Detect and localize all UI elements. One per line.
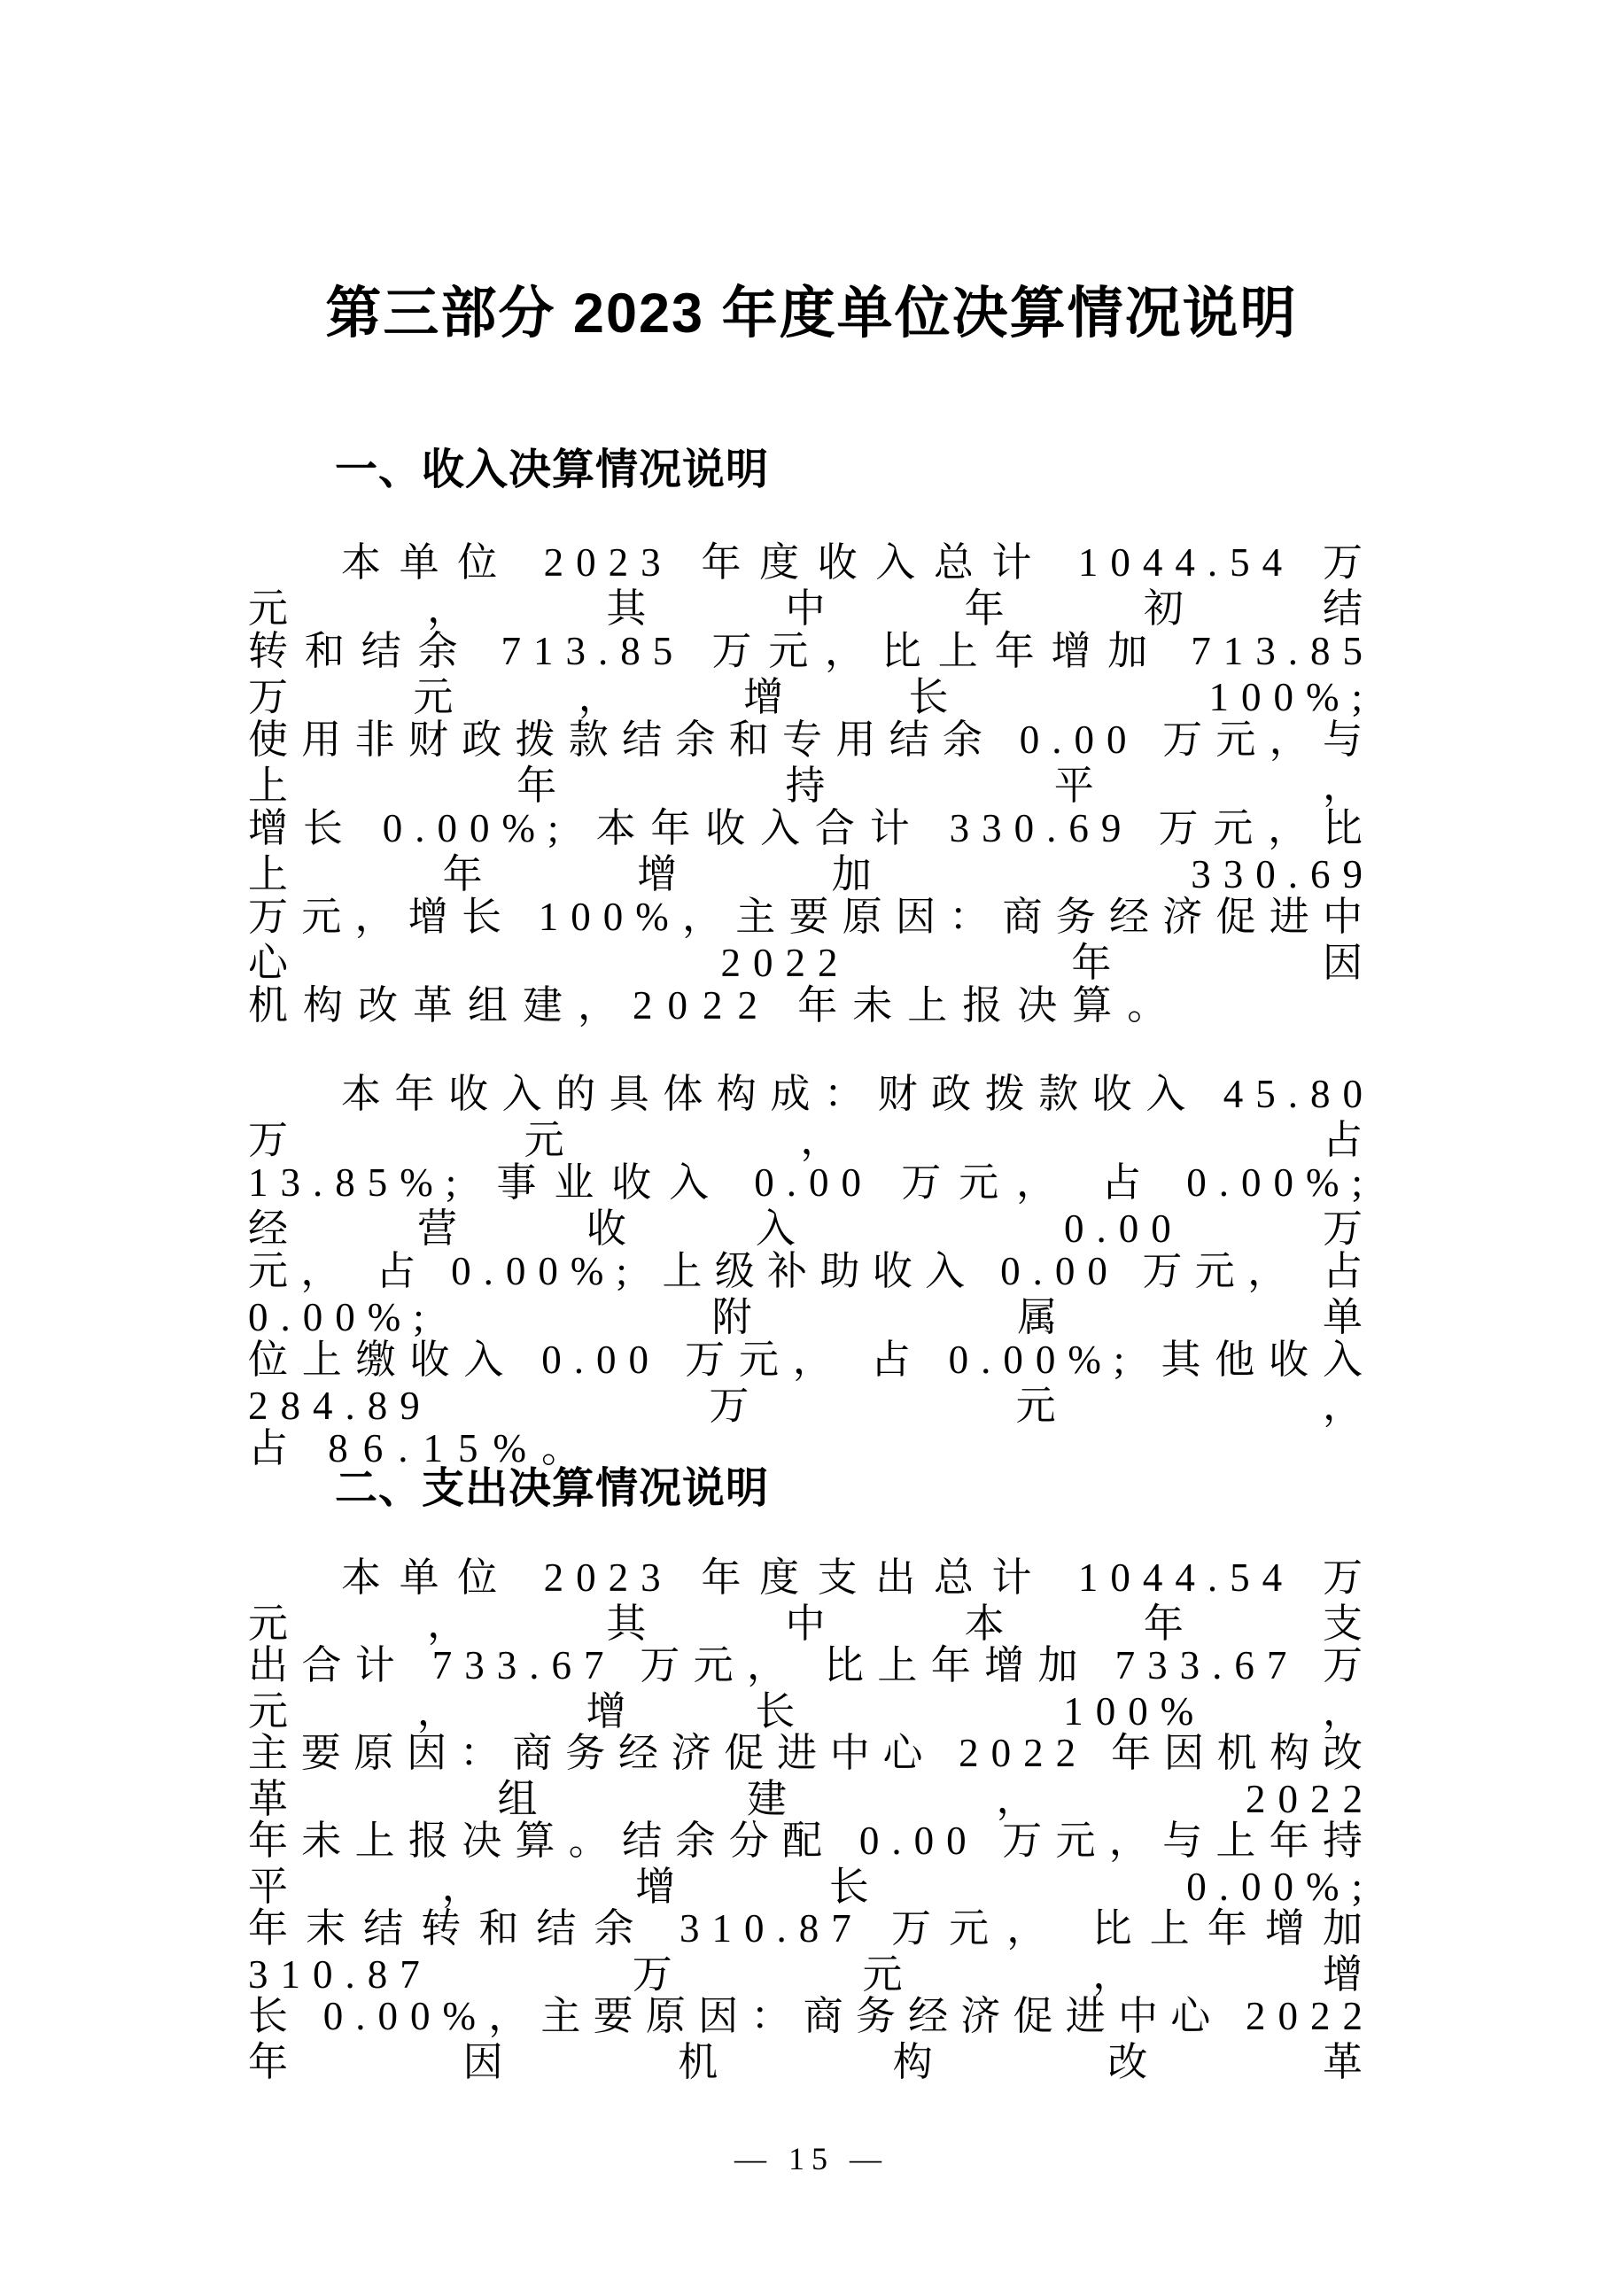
body-line: 使用非财政拨款结余和专用结余 0.00 万元，与上年持平， (248, 717, 1375, 810)
body-line: 主要原因：商务经济促进中心 2022 年因机构改革组建，2022 (248, 1731, 1375, 1823)
body-line: 年未上报决算。结余分配 0.00 万元，与上年持平，增长 0.00%; (248, 1819, 1375, 1911)
section-heading-expenditure: 二、支出决算情况说明 (335, 1466, 769, 1513)
body-line: 元， 占 0.00%; 上级补助收入 0.00 万元， 占 0.00%; 附属单 (248, 1249, 1375, 1341)
body-line: 长 0.00%，主要原因：商务经济促进中心 2022 年因机构改革 (248, 1994, 1375, 2086)
body-line: 增长 0.00%; 本年收入合计 330.69 万元，比上年增加 330.69 (248, 806, 1375, 898)
body-line: 本单位 2023 年度支出总计 1044.54 万元，其中本年支 (248, 1555, 1375, 1648)
body-line: 机构改革组建，2022 年未上报决算。 (248, 983, 1375, 1029)
body-line: 本年收入的具体构成：财政拨款收入 45.80 万元， 占 (248, 1072, 1375, 1164)
body-line: 万元，增长 100%，主要原因：商务经济促进中心 2022 年因 (248, 895, 1375, 987)
section-heading-income: 一、收入决算情况说明 (335, 447, 769, 494)
body-line: 出合计 733.67 万元， 比上年增加 733.67 万元，增长 100%， (248, 1643, 1375, 1735)
body-line: 年末结转和结余 310.87 万元， 比上年增加 310.87 万元，增 (248, 1906, 1375, 1998)
body-line: 转和结余 713.85 万元，比上年增加 713.85 万元，增长 100%; (248, 629, 1375, 721)
document-page: 第三部分 2023 年度单位决算情况说明 一、收入决算情况说明 本单位 2023… (0, 0, 1623, 2296)
page-number: — 15 — (0, 2140, 1623, 2177)
body-line: 本单位 2023 年度收入总计 1044.54 万元，其中年初结 (248, 540, 1375, 632)
body-line: 13.85%; 事业收入 0.00 万元， 占 0.00%; 经营收入 0.00… (248, 1160, 1375, 1253)
body-line: 位上缴收入 0.00 万元， 占 0.00%; 其他收入 284.89 万元， (248, 1338, 1375, 1430)
document-title: 第三部分 2023 年度单位决算情况说明 (0, 282, 1623, 345)
